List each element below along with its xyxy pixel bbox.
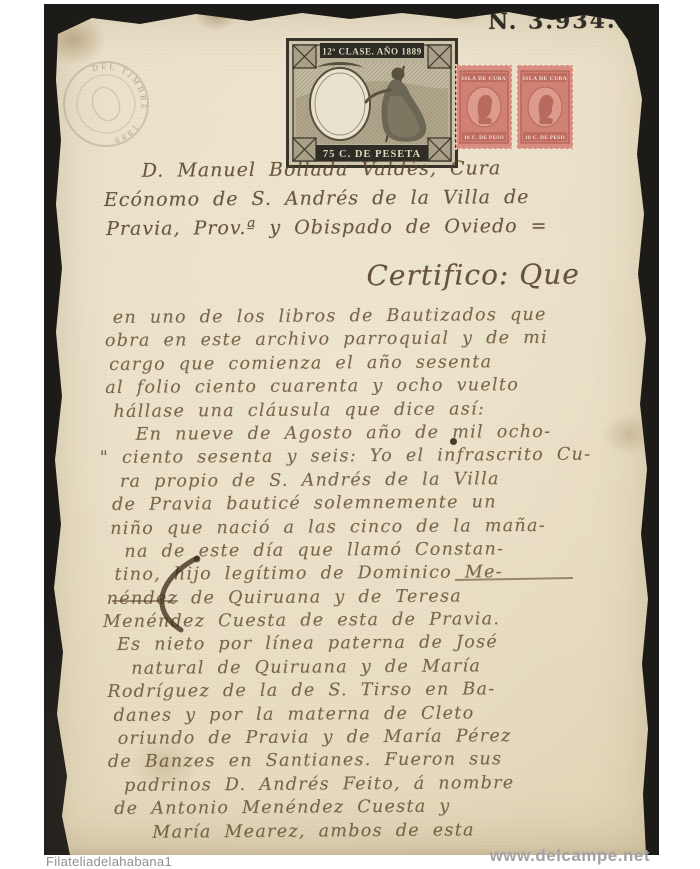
king-portrait xyxy=(539,95,554,124)
cuba-stamp-bottom-label: 10 C. DE PESO xyxy=(525,135,565,141)
ink-blot xyxy=(135,552,215,636)
postage-stamp-pair: ISLA DE CUBA 10 C. DE PESO ISLA DE CUBA xyxy=(454,63,575,151)
cuba-stamp-icon: ISLA DE CUBA 10 C. DE PESO xyxy=(454,63,514,151)
cuba-stamp-top-label: ISLA DE CUBA xyxy=(523,76,568,82)
manuscript-text: D. Manuel Bollada Valdés, CuraEcónomo de… xyxy=(104,156,669,846)
cuba-stamp-bottom-label: 10 C. DE PESO xyxy=(464,135,504,141)
svg-text:DEL TIMBRE · 1889: DEL TIMBRE · 1889 xyxy=(82,48,162,147)
cuba-stamp-icon: ISLA DE CUBA 10 C. DE PESO xyxy=(515,63,575,151)
serial-number: N. 3.934.521 xyxy=(488,7,688,35)
ink-underline xyxy=(112,600,178,602)
document-paper: DEL TIMBRE · 1889 N. 3.934.521 xyxy=(44,4,659,855)
revenue-stamp-icon: 12ª CLASE. AÑO 1889 75 C. DE PESETA xyxy=(286,38,458,168)
blank-oval-cartouche xyxy=(310,68,370,140)
scan-photo-background: DEL TIMBRE · 1889 N. 3.934.521 xyxy=(44,4,659,855)
seal-ring-text: DEL TIMBRE · 1889 xyxy=(82,48,162,147)
watermark-seller: Filateliadelahabana1 xyxy=(46,854,172,869)
embossed-seal: DEL TIMBRE · 1889 xyxy=(44,42,169,167)
manuscript-line: D. Manuel Bollada Valdés, Cura xyxy=(142,156,664,189)
manuscript-heading: D. Manuel Bollada Valdés, CuraEcónomo de… xyxy=(104,156,665,247)
watermark-delcampe: www.delcampe.net xyxy=(490,846,650,866)
cuba-stamp-top-label: ISLA DE CUBA xyxy=(462,76,507,82)
certifico-line: Certifico: Que xyxy=(366,257,664,292)
ink-dot xyxy=(450,438,457,445)
manuscript-line: Pravia, Prov.ª y Obispado de Oviedo = xyxy=(106,214,664,247)
revenue-top-banner: 12ª CLASE. AÑO 1889 xyxy=(322,47,422,57)
manuscript-line: María Mearez, ambos de esta xyxy=(152,819,668,846)
manuscript-line: Ecónomo de S. Andrés de la Villa de xyxy=(104,185,664,218)
revenue-stamp: 12ª CLASE. AÑO 1889 75 C. DE PESETA xyxy=(286,38,458,168)
embossed-seal-icon: DEL TIMBRE · 1889 xyxy=(44,42,169,167)
king-portrait xyxy=(478,95,493,124)
